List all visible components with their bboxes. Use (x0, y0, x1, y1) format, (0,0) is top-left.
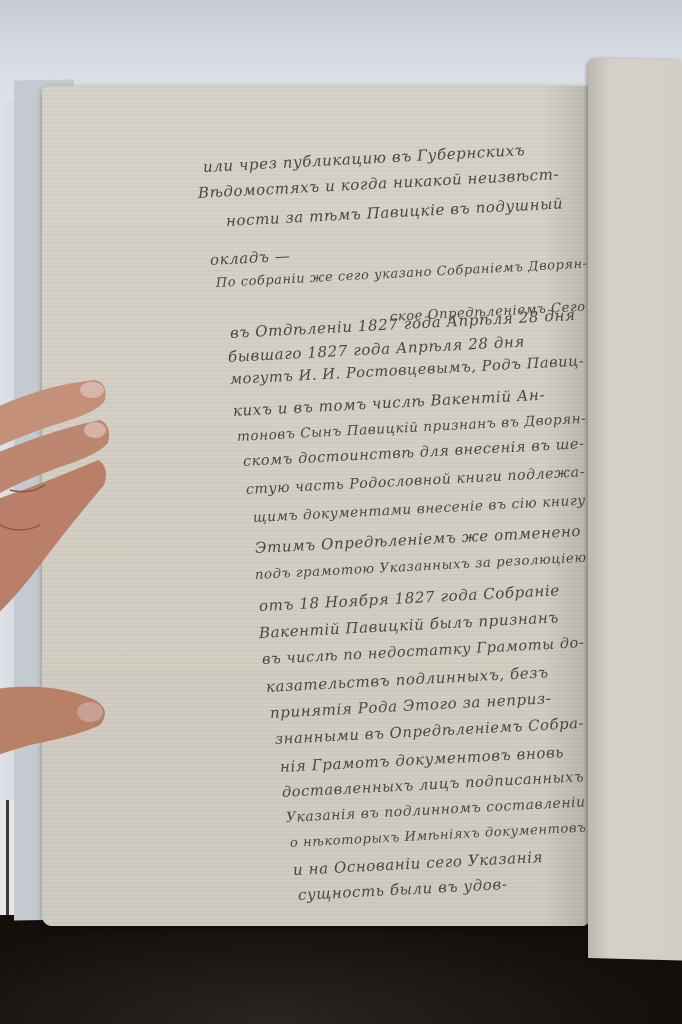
dark-floor (0, 915, 682, 1024)
right-facing-page (588, 58, 682, 960)
hand-thumb-icon (0, 680, 120, 760)
hand-fingers-icon (0, 375, 130, 645)
